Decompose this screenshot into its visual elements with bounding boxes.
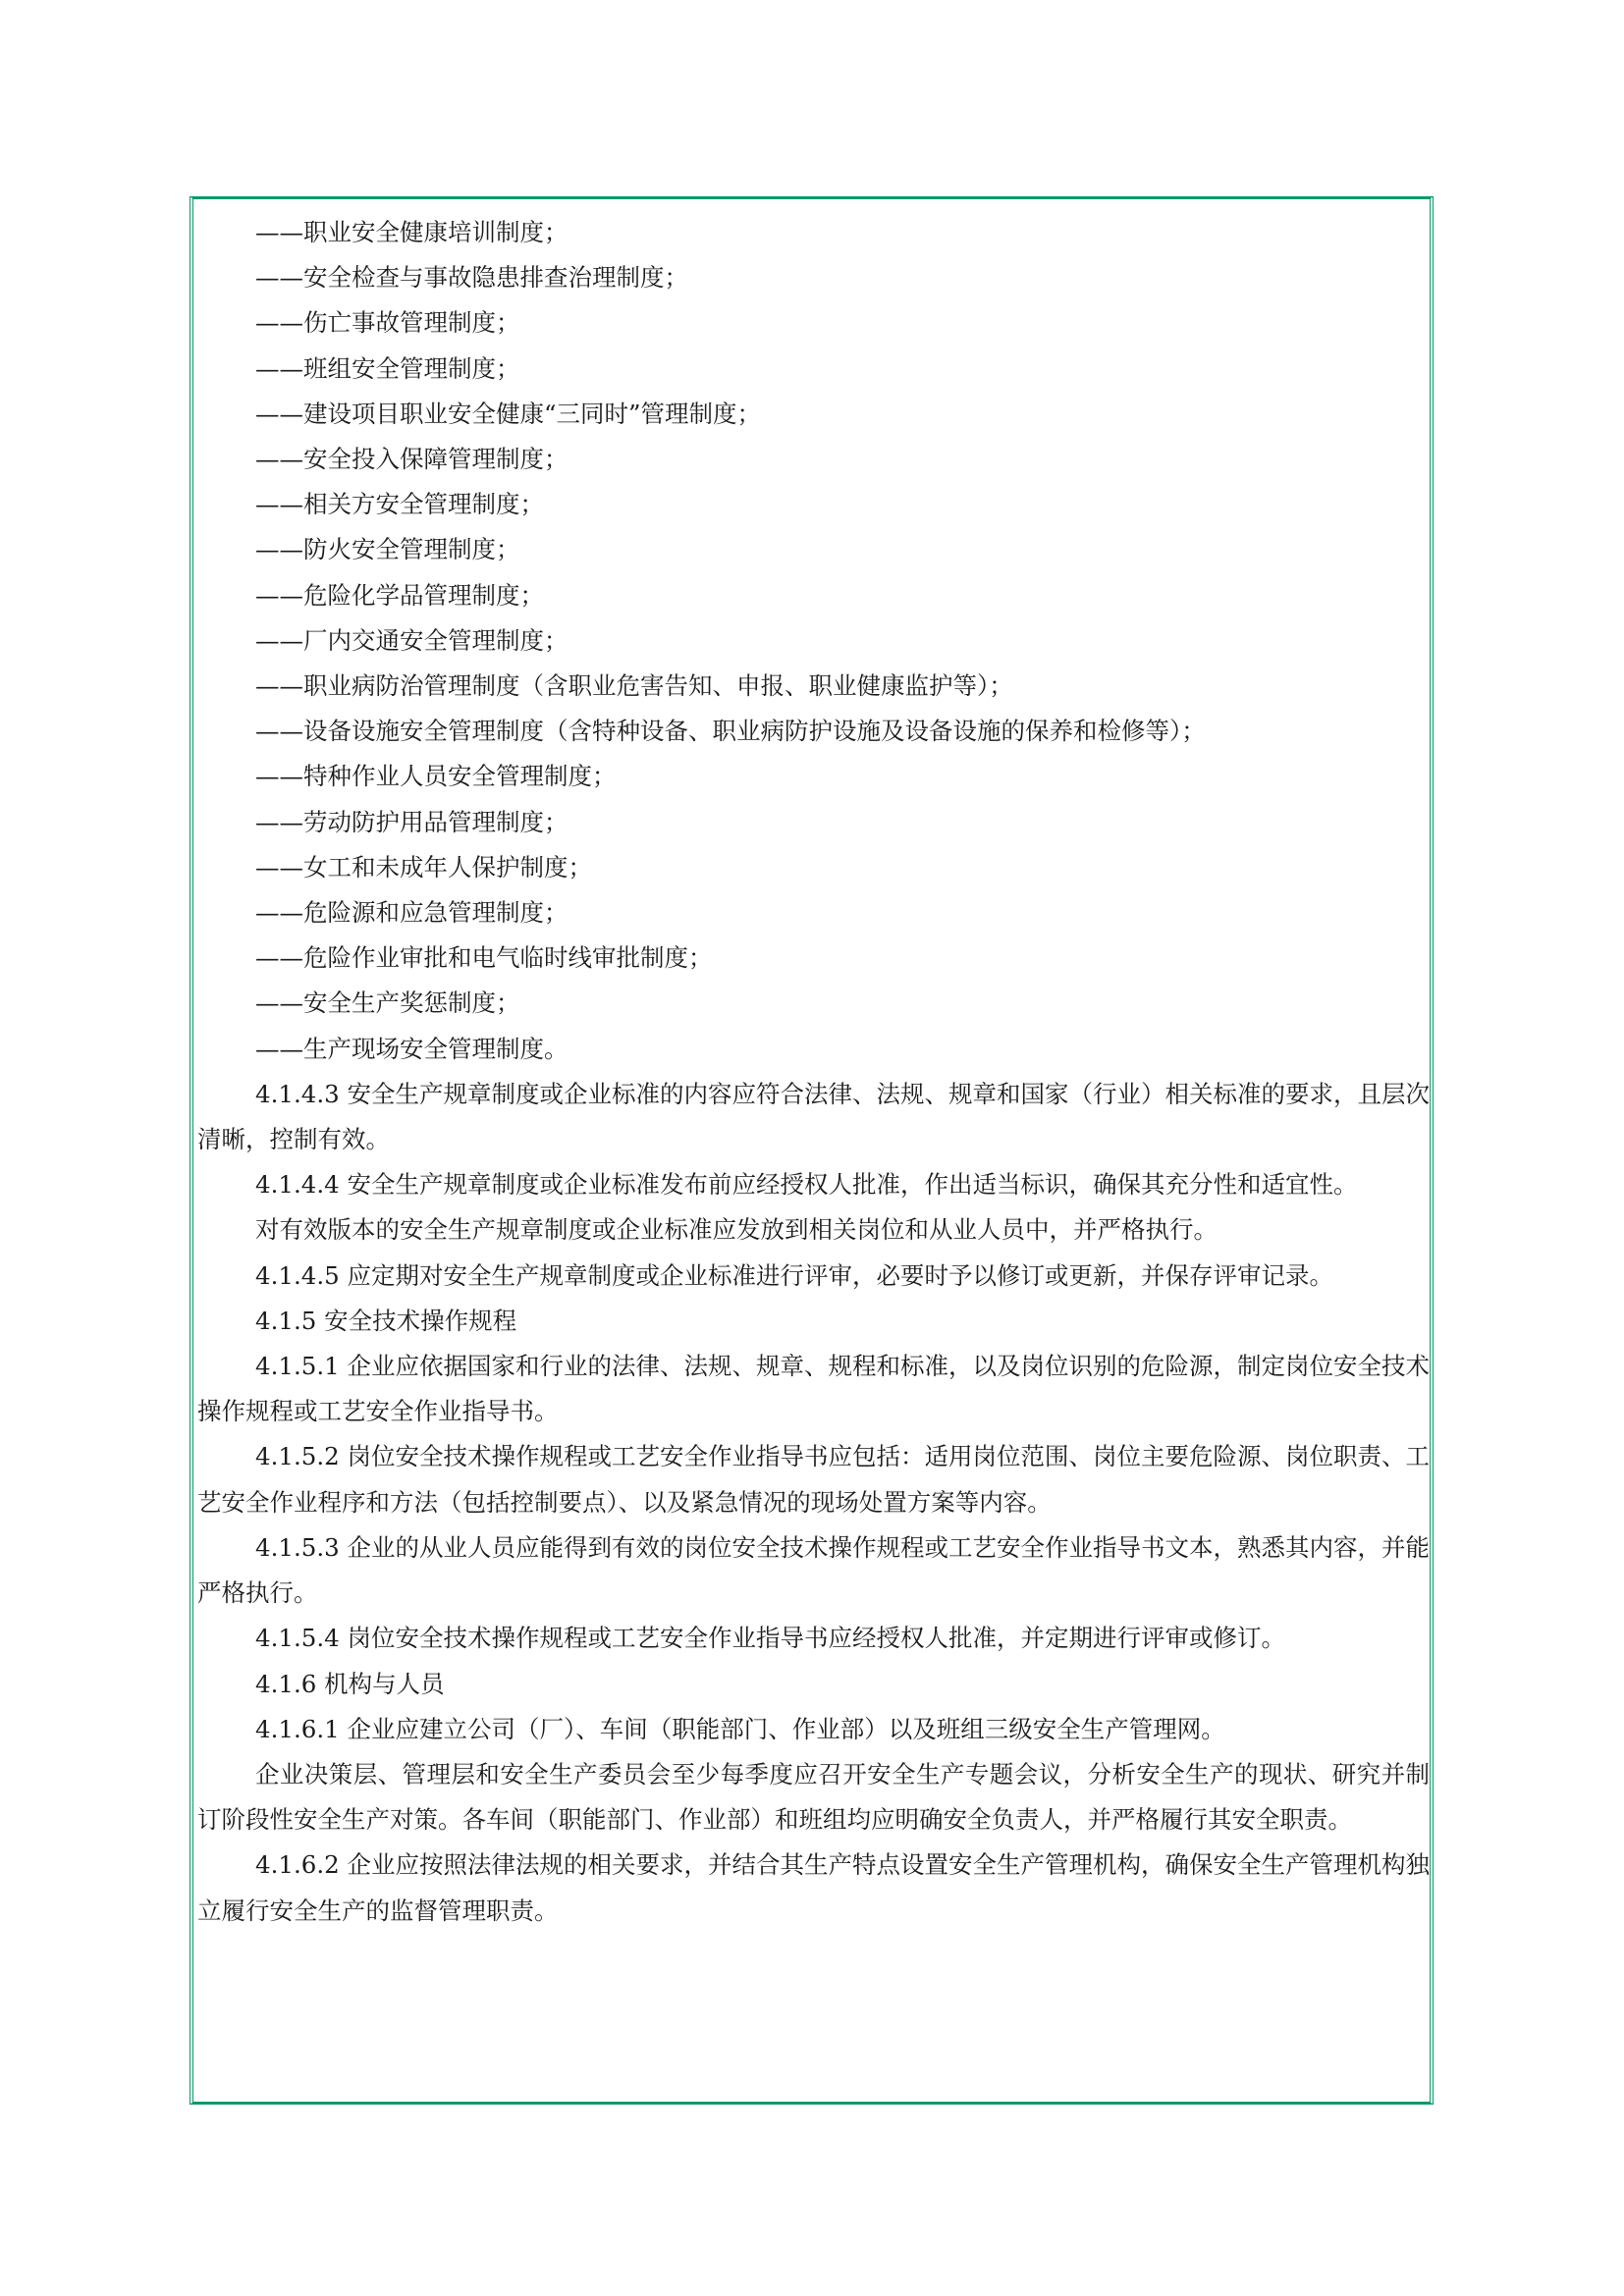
clause-4-1-5-3: 4.1.5.3 企业的从业人员应能得到有效的岗位安全技术操作规程或工艺安全作业指… xyxy=(197,1525,1430,1616)
clause-4-1-5-1: 4.1.5.1 企业应依据国家和行业的法律、法规、规章、规程和标准，以及岗位识别… xyxy=(197,1344,1430,1434)
list-item: ——建设项目职业安全健康“三同时”管理制度； xyxy=(197,392,1430,437)
section-heading-4-1-6: 4.1.6 机构与人员 xyxy=(197,1662,1430,1707)
paragraph-distribution: 对有效版本的安全生产规章制度或企业标准应发放到相关岗位和从业人员中，并严格执行。 xyxy=(197,1207,1430,1253)
clause-4-1-4-5: 4.1.4.5 应定期对安全生产规章制度或企业标准进行评审，必要时予以修订或更新… xyxy=(197,1254,1430,1299)
clause-4-1-5-4: 4.1.5.4 岗位安全技术操作规程或工艺安全作业指导书应经授权人批准，并定期进… xyxy=(197,1616,1430,1661)
list-item: ——厂内交通安全管理制度； xyxy=(197,618,1430,664)
clause-4-1-4-4: 4.1.4.4 安全生产规章制度或企业标准发布前应经授权人批准，作出适当标识，确… xyxy=(197,1162,1430,1207)
list-item: ——女工和未成年人保护制度； xyxy=(197,845,1430,890)
clause-4-1-4-3: 4.1.4.3 安全生产规章制度或企业标准的内容应符合法律、法规、规章和国家（行… xyxy=(197,1072,1430,1162)
list-item: ——防火安全管理制度； xyxy=(197,527,1430,572)
list-item: ——生产现场安全管理制度。 xyxy=(197,1027,1430,1072)
list-item: ——班组安全管理制度； xyxy=(197,347,1430,392)
list-item: ——相关方安全管理制度； xyxy=(197,482,1430,527)
list-item: ——职业病防治管理制度（含职业危害告知、申报、职业健康监护等）； xyxy=(197,664,1430,709)
list-item: ——伤亡事故管理制度； xyxy=(197,300,1430,346)
list-item: ——劳动防护用品管理制度； xyxy=(197,800,1430,845)
document-body: ——职业安全健康培训制度； ——安全检查与事故隐患排查治理制度； ——伤亡事故管… xyxy=(197,210,1430,1934)
list-item: ——职业安全健康培训制度； xyxy=(197,210,1430,255)
list-item: ——设备设施安全管理制度（含特种设备、职业病防护设施及设备设施的保养和检修等）； xyxy=(197,709,1430,754)
paragraph-safety-meetings: 企业决策层、管理层和安全生产委员会至少每季度应召开安全生产专题会议，分析安全生产… xyxy=(197,1752,1430,1842)
list-item: ——安全检查与事故隐患排查治理制度； xyxy=(197,255,1430,300)
list-item: ——危险作业审批和电气临时线审批制度； xyxy=(197,935,1430,981)
list-item: ——特种作业人员安全管理制度； xyxy=(197,754,1430,799)
list-item: ——危险源和应急管理制度； xyxy=(197,890,1430,935)
regulation-list: ——职业安全健康培训制度； ——安全检查与事故隐患排查治理制度； ——伤亡事故管… xyxy=(197,210,1430,1072)
clause-4-1-6-2: 4.1.6.2 企业应按照法律法规的相关要求，并结合其生产特点设置安全生产管理机… xyxy=(197,1842,1430,1933)
clause-4-1-6-1: 4.1.6.1 企业应建立公司（厂）、车间（职能部门、作业部）以及班组三级安全生… xyxy=(197,1707,1430,1752)
clause-4-1-5-2: 4.1.5.2 岗位安全技术操作规程或工艺安全作业指导书应包括：适用岗位范围、岗… xyxy=(197,1434,1430,1524)
list-item: ——安全投入保障管理制度； xyxy=(197,437,1430,482)
section-heading-4-1-5: 4.1.5 安全技术操作规程 xyxy=(197,1299,1430,1344)
list-item: ——安全生产奖惩制度； xyxy=(197,981,1430,1026)
list-item: ——危险化学品管理制度； xyxy=(197,573,1430,618)
